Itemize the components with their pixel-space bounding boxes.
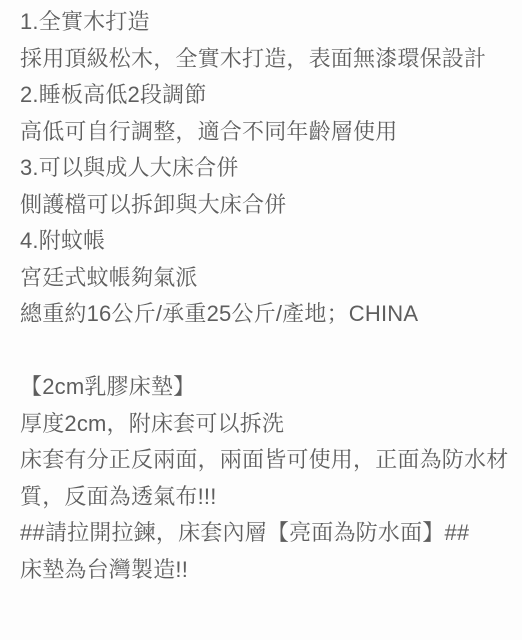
text-line: 總重約16公斤/承重25公斤/產地；CHINA <box>20 296 512 333</box>
text-line: 高低可自行調整，適合不同年齡層使用 <box>20 114 512 151</box>
text-line: 3.可以與成人大床合併 <box>20 150 512 187</box>
text-line: 宮廷式蚊帳夠氣派 <box>20 260 512 297</box>
blank-line <box>20 333 512 370</box>
text-line: ##請拉開拉鍊，床套內層【亮面為防水面】## <box>20 515 512 552</box>
text-line: 側護檔可以拆卸與大床合併 <box>20 187 512 224</box>
text-line: 床墊為台灣製造!! <box>20 552 512 589</box>
text-line: 厚度2cm，附床套可以拆洗 <box>20 406 512 443</box>
text-line: 採用頂級松木，全實木打造，表面無漆環保設計 <box>20 41 512 78</box>
text-line: 【2cm乳膠床墊】 <box>20 369 512 406</box>
text-line: 2.睡板高低2段調節 <box>20 77 512 114</box>
text-line: 1.全實木打造 <box>20 4 512 41</box>
product-description: 1.全實木打造採用頂級松木，全實木打造，表面無漆環保設計2.睡板高低2段調節高低… <box>0 0 522 588</box>
text-line: 4.附蚊帳 <box>20 223 512 260</box>
text-line: 床套有分正反兩面，兩面皆可使用，正面為防水材質，反面為透氣布!!! <box>20 442 512 515</box>
